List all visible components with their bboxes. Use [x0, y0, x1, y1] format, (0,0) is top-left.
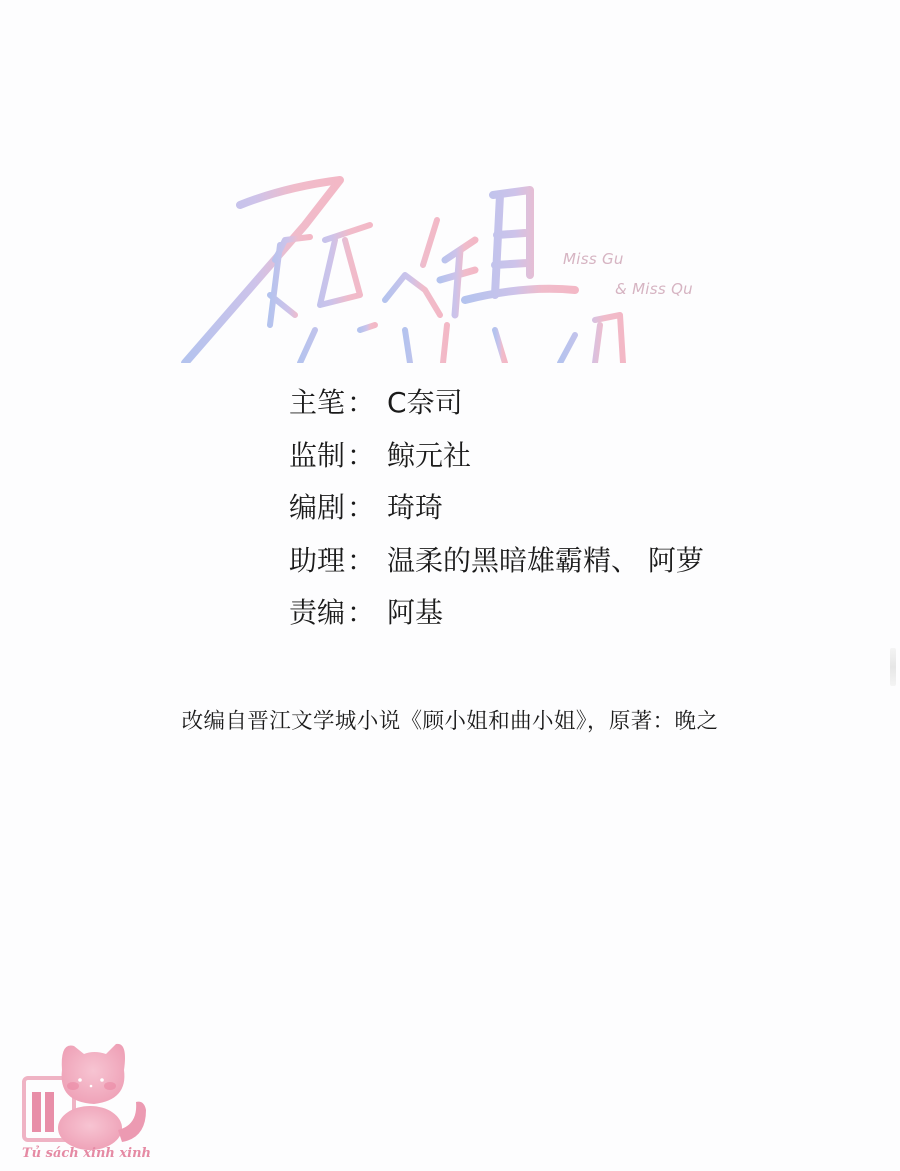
- credit-name: 鲸元社: [387, 442, 471, 470]
- watermark: Tủ sách xinh xinh: [18, 1030, 158, 1170]
- credit-role: 助理: [289, 547, 345, 575]
- credit-name: C奈司: [387, 389, 463, 417]
- series-logo: Miss Gu & Miss Qu: [175, 165, 705, 363]
- credit-row-editor: 责编 ： 阿基: [289, 587, 704, 640]
- credit-role: 责编: [289, 599, 345, 627]
- credit-name: 琦琦: [387, 494, 443, 522]
- credit-role: 主笔: [289, 389, 345, 417]
- credit-role: 监制: [289, 442, 345, 470]
- credit-colon: ：: [345, 442, 387, 470]
- source-note-text: 改编自晋江文学城小说《顾小姐和曲小姐》，原著：晚之: [182, 704, 719, 735]
- logo-english-line1: Miss Gu: [563, 250, 624, 268]
- credit-row-lead-artist: 主笔 ： C奈司: [289, 377, 704, 430]
- series-logo-calligraphy-icon: [175, 165, 705, 363]
- credit-colon: ：: [345, 389, 387, 417]
- watermark-text: Tủ sách xinh xinh: [22, 1146, 151, 1161]
- logo-english-line2: & Miss Qu: [615, 280, 693, 298]
- credit-colon: ：: [345, 494, 387, 522]
- credit-row-assistants: 助理 ： 温柔的黑暗雄霸精、 阿萝: [289, 535, 704, 588]
- credit-row-producer: 监制 ： 鲸元社: [289, 430, 704, 483]
- credit-colon: ：: [345, 547, 387, 575]
- pink-cat-with-books-icon: [18, 1030, 158, 1150]
- scrollbar[interactable]: [890, 648, 896, 686]
- credits-list: 主笔 ： C奈司 监制 ： 鲸元社 编剧 ： 琦琦 助理 ： 温柔的黑暗雄霸精、…: [289, 377, 704, 640]
- credit-name: 温柔的黑暗雄霸精、 阿萝: [387, 547, 704, 575]
- credit-role: 编剧: [289, 494, 345, 522]
- credit-row-screenwriter: 编剧 ： 琦琦: [289, 482, 704, 535]
- source-note: 改编自晋江文学城小说《顾小姐和曲小姐》，原著：晚之: [0, 704, 900, 735]
- credit-name: 阿基: [387, 599, 443, 627]
- credit-colon: ：: [345, 599, 387, 627]
